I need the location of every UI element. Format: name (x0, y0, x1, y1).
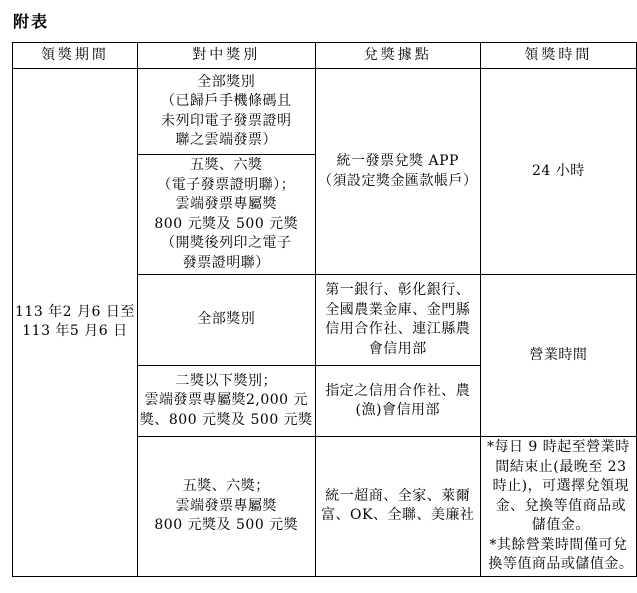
table-row: 113 年2 月6 日至 113 年5 月6 日 全部獎別 （已歸戶手機條碼且 … (13, 69, 637, 155)
cell-prizes-5-6-cloud: 五獎、六獎； 雲端發票專屬獎 800 元獎及 500 元獎 (137, 437, 315, 577)
cell-venue-stores: 統一超商、全家、萊爾 富、OK、全聯、美廉社 (315, 437, 480, 577)
cell-prizes-5-6-einvoice: 五獎、六獎 （電子發票證明聯）； 雲端發票專屬獎 800 元獎及 500 元獎 … (137, 155, 315, 275)
cell-prizes-below-2nd: 二獎以下獎別； 雲端發票專屬獎2,000 元 獎、800 元獎及 500 元獎 (137, 366, 315, 437)
cell-venue-credit-unions: 指定之信用合作社、農 (漁)會信用部 (315, 366, 480, 437)
cell-time-stores-note: *每日 9 時起至營業時 間結束止(最晚至 23 時止)，可選擇兌領現 金、兌換… (480, 437, 636, 577)
header-redeem-location: 兌獎據點 (315, 43, 480, 69)
cell-period: 113 年2 月6 日至 113 年5 月6 日 (13, 69, 138, 577)
cell-prizes-all: 全部獎別 (137, 275, 315, 366)
redemption-table: 領獎期間 對中獎別 兌獎據點 領獎時間 113 年2 月6 日至 113 年5 … (12, 42, 637, 577)
table-header-row: 領獎期間 對中獎別 兌獎據點 領獎時間 (13, 43, 637, 69)
cell-venue-app: 統一發票兌獎 APP （須設定獎金匯款帳戶） (315, 69, 480, 275)
header-period: 領獎期間 (13, 43, 138, 69)
cell-venue-banks: 第一銀行、彰化銀行、 全國農業金庫、金門縣 信用合作社、連江縣農 會信用部 (315, 275, 480, 366)
cell-prizes-all-cloud: 全部獎別 （已歸戶手機條碼且 未列印電子發票證明 聯之雲端發票） (137, 69, 315, 155)
header-prize-category: 對中獎別 (137, 43, 315, 69)
header-redeem-time: 領獎時間 (480, 43, 636, 69)
cell-time-business: 營業時間 (480, 275, 636, 437)
document-page: 附表 領獎期間 對中獎別 兌獎據點 領獎時間 113 年2 月6 日至 113 … (0, 0, 637, 593)
cell-time-24h: 24 小時 (480, 69, 636, 275)
page-title: 附表 (13, 9, 49, 32)
